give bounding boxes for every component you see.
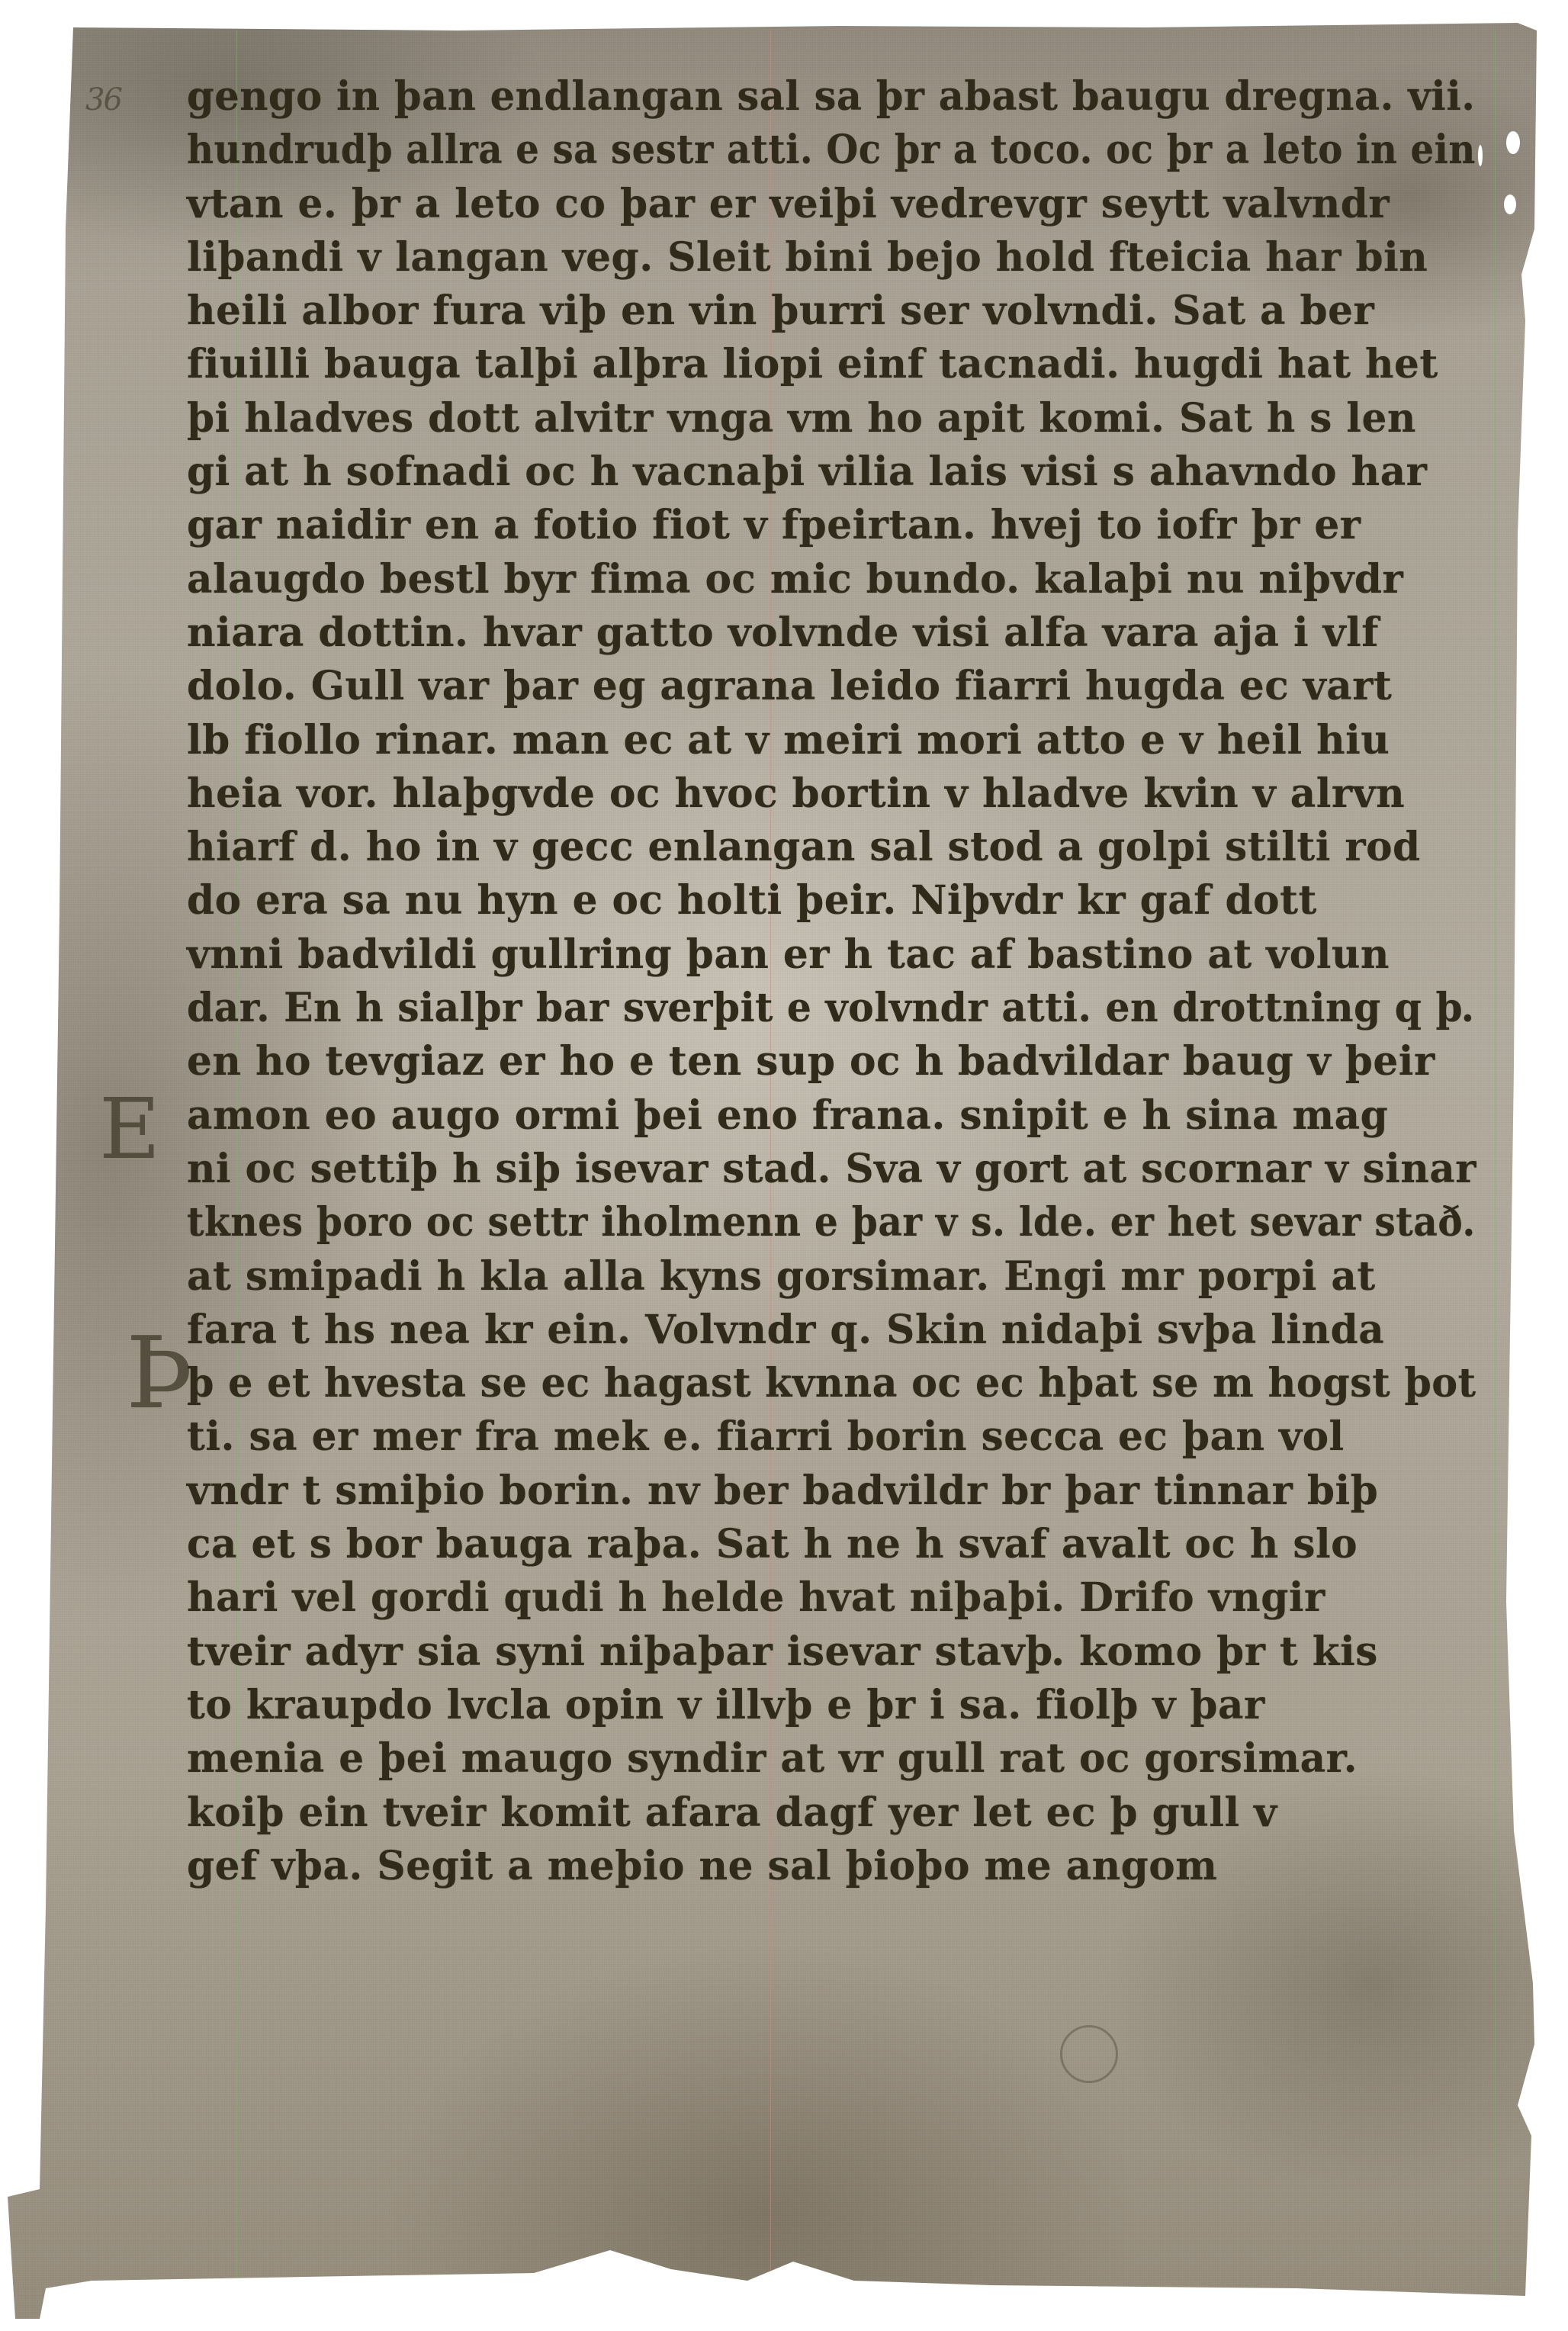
text-line: lb fiollo rinar. man ec at v meiri mori … xyxy=(187,714,1476,767)
text-line: at smipadi h kla alla kyns gorsimar. Eng… xyxy=(187,1250,1476,1304)
manuscript-leaf: 36 E Þ gengo in þan endlangan sal sa þr … xyxy=(0,0,1568,2331)
text-line: do era sa nu hyn e oc holti þeir. Niþvdr… xyxy=(187,874,1476,928)
text-line: koiþ ein tveir komit afara dagf yer let … xyxy=(187,1786,1476,1840)
marginal-initial-thorn: Þ xyxy=(126,1323,193,1423)
ruling-line xyxy=(1495,31,1496,2281)
text-line: ni oc settiþ h siþ isevar stad. Sva v go… xyxy=(187,1143,1472,1196)
text-line: hari vel gordi qudi h helde hvat niþaþi.… xyxy=(187,1571,1476,1625)
text-line: gengo in þan endlangan sal sa þr abast b… xyxy=(187,70,1461,124)
text-line: en ho tevgiaz er ho e ten sup oc h badvi… xyxy=(187,1035,1476,1088)
manuscript-text: gengo in þan endlangan sal sa þr abast b… xyxy=(187,70,1483,1893)
text-line: hundrudþ allra e sa sestr atti. Oc þr a … xyxy=(187,124,1387,177)
text-line: tveir adyr sia syni niþaþar isevar stavþ… xyxy=(187,1625,1476,1679)
text-line: heia vor. hlaþgvde oc hvoc bortin v hlad… xyxy=(187,767,1476,821)
text-line: vnni badvildi gullring þan er h tac af b… xyxy=(187,928,1476,982)
text-line: fara t hs nea kr ein. Volvndr q. Skin ni… xyxy=(187,1304,1476,1357)
ink-stain xyxy=(1060,2025,1118,2083)
text-line: niara dottin. hvar gatto volvnde visi al… xyxy=(187,606,1476,660)
text-line: alaugdo bestl byr fima oc mic bundo. kal… xyxy=(187,553,1476,606)
wormhole xyxy=(1504,195,1516,214)
text-line: gar naidir en a fotio fiot v fpeirtan. h… xyxy=(187,499,1476,552)
text-line: gef vþa. Segit a meþio ne sal þioþo me a… xyxy=(187,1840,1476,1893)
text-line: fiuilli bauga talþi alþra liopi einf tac… xyxy=(187,338,1476,391)
text-line: to kraupdo lvcla opin v illvþ e þr i sa.… xyxy=(187,1679,1476,1732)
text-line: vtan e. þr a leto co þar er veiþi vedrev… xyxy=(187,178,1476,231)
text-line: ca et s bor bauga raþa. Sat h ne h svaf … xyxy=(187,1518,1476,1571)
text-line: gi at h sofnadi oc h vacnaþi vilia lais … xyxy=(187,445,1476,499)
text-line: heili albor fura viþ en vin þurri ser vo… xyxy=(187,285,1476,338)
marginal-initial-e: E xyxy=(99,1087,160,1171)
text-line: tknes þoro oc settr iholmenn e þar v s. … xyxy=(187,1196,1402,1249)
folio-number: 36 xyxy=(85,82,121,117)
text-line: þi hladves dott alvitr vnga vm ho apit k… xyxy=(187,392,1476,445)
text-line: vndr t smiþio borin. nv ber badvildr br … xyxy=(187,1465,1476,1518)
wormhole xyxy=(1478,145,1483,166)
text-line: hiarf d. ho in v gecc enlangan sal stod … xyxy=(187,821,1476,874)
text-line: dar. En h sialþr bar sverþit e volvndr a… xyxy=(187,982,1442,1035)
text-line: menia e þei maugo syndir at vr gull rat … xyxy=(187,1732,1476,1786)
text-line: dolo. Gull var þar eg agrana leido fiarr… xyxy=(187,660,1476,713)
text-line: liþandi v langan veg. Sleit bini bejo ho… xyxy=(187,231,1476,285)
wormhole xyxy=(1506,131,1520,154)
text-line: þ e et hvesta se ec hagast kvnna oc ec h… xyxy=(187,1357,1452,1410)
text-line: amon eo augo ormi þei eno frana. snipit … xyxy=(187,1089,1476,1143)
text-line: ti. sa er mer fra mek e. fiarri borin se… xyxy=(187,1410,1476,1464)
